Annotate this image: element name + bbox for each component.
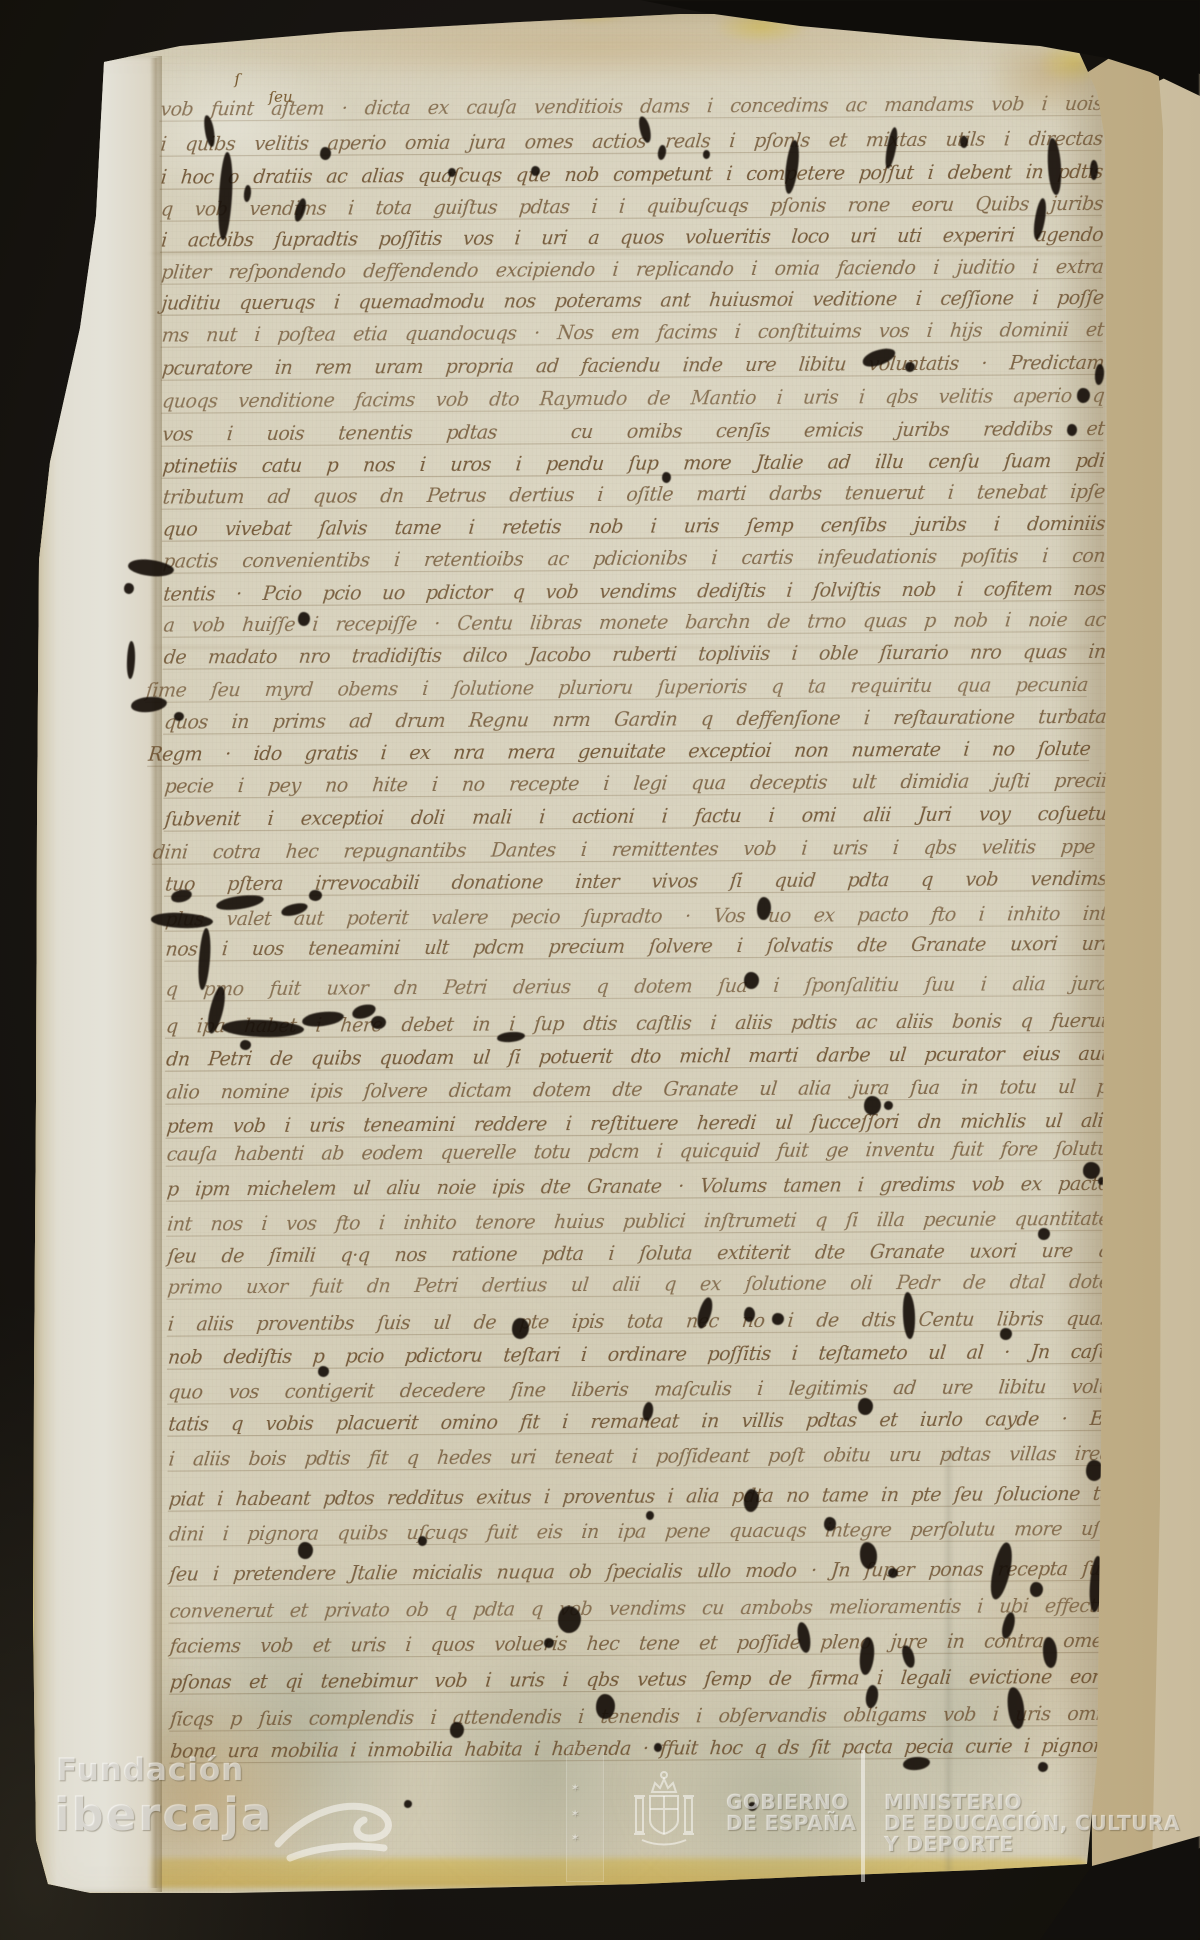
manuscript-line: tributum ad quos dn Petrus dertius i oſi…	[161, 479, 1106, 515]
manuscript-line: i quibs velitis aperio omia jura omes ac…	[159, 126, 1104, 162]
manuscript-line: faciems vob et uris i quos volueris hec …	[168, 1628, 1113, 1664]
manuscript-line: quo vivebat ſalvis tame i retetis nob i …	[161, 511, 1106, 547]
manuscript-line: ms nut i poſtea etia quandocuqs · Nos em…	[160, 317, 1105, 353]
interlinear-word: ſeu	[269, 88, 293, 106]
manuscript-line: nob dediſtis p pcio pdictoru teſtari i o…	[166, 1339, 1111, 1375]
manuscript-line: juditiu queruqs i quemadmodu nos poteram…	[160, 285, 1105, 321]
manuscript-line: de madato nro tradidiſtis dilco Jacobo r…	[162, 639, 1107, 675]
manuscript-line: q vob vendims i tota guiſtus pdtas i i q…	[159, 191, 1104, 227]
manuscript-line: ptinetiis catu p nos i uros i pendu ſup …	[161, 448, 1106, 484]
manuscript-line: piat i habeant pdtos redditus exitus i p…	[167, 1481, 1112, 1517]
manuscript-line: quos in prims ad drum Regnu nrm Gardin q…	[163, 704, 1108, 740]
manuscript-line: i actoibs ſupradtis poſſitis vos i uri a…	[160, 222, 1105, 258]
manuscript-photo: vob fuint aſtem · dicta ex cauſa venditi…	[0, 0, 1200, 1940]
manuscript-line: pliter reſpondendo deffendendo excipiend…	[160, 254, 1105, 290]
manuscript-line: quo vos contigerit decedere ſine liberis…	[167, 1374, 1112, 1410]
manuscript-line: quoqs venditione facims vob dto Raymudo …	[161, 383, 1106, 419]
manuscript-line: int nos i vos fto i inhito tenore huius …	[166, 1206, 1111, 1242]
manuscript-line: ſeu i pretendere Jtalie micialis nuqua o…	[168, 1556, 1113, 1592]
manuscript-line: dini i pignora quibs uſcuqs fuit eis in …	[167, 1516, 1112, 1552]
manuscript-line: dini cotra hec repugnantibs Dantes i rem…	[151, 834, 1096, 870]
manuscript-line: Regm · ido gratis i ex nra mera genuitat…	[147, 736, 1092, 772]
manuscript-line: nos i uos teneamini ult pdcm precium ſol…	[164, 931, 1109, 967]
manuscript-line: pſonas et qi tenebimur vob i uris i qbs …	[168, 1664, 1113, 1700]
manuscript-text: vob fuint aſtem · dicta ex cauſa venditi…	[0, 0, 1200, 1940]
manuscript-line: tuo pſtera irrevocabili donatione inter …	[163, 866, 1108, 902]
manuscript-line: p ipm michelem ul aliu noie ipis dte Gra…	[165, 1171, 1110, 1207]
manuscript-line: pcuratore in rem uram propria ad faciend…	[160, 350, 1105, 386]
manuscript-line: q ipa habet i here debet in i ſup dtis c…	[164, 1008, 1109, 1044]
manuscript-line: cauſa habenti ab eodem querelle totu pdc…	[165, 1136, 1110, 1172]
manuscript-line: pactis convenientibs i retentioibs ac pd…	[162, 543, 1107, 579]
stain	[226, 0, 288, 20]
manuscript-line: ſubvenit i exceptioi doli mali i actioni…	[163, 801, 1108, 837]
manuscript-page: vob fuint aſtem · dicta ex cauſa venditi…	[0, 0, 1200, 1940]
manuscript-line: tatis q vobis placuerit omino fit i rema…	[167, 1406, 1112, 1442]
manuscript-line: vob fuint aſtem · dicta ex cauſa venditi…	[159, 91, 1104, 127]
manuscript-line: primo uxor fuit dn Petri dertius ul alii…	[166, 1269, 1111, 1305]
manuscript-line: alio nomine ipis ſolvere dictam dotem dt…	[165, 1074, 1110, 1110]
manuscript-line: i aliis bois pdtis fit q hedes uri tenea…	[167, 1441, 1112, 1477]
manuscript-line: ſicqs p ſuis complendis i attendendis i …	[169, 1701, 1114, 1737]
manuscript-line: convenerut et privato ob q pdta q vob ve…	[168, 1593, 1113, 1629]
manuscript-line: i hoc o dratiis ac alias quaſcuqs que no…	[159, 159, 1104, 195]
interlinear-word: ſ	[234, 70, 240, 88]
manuscript-line: pecie i pey no hite i no recepte i legi …	[163, 768, 1108, 804]
manuscript-line: tentis · Pcio pcio uo pdictor q vob vend…	[162, 576, 1107, 612]
manuscript-line: i aliis proventibs ſuis ul de pte ipis t…	[166, 1306, 1111, 1342]
manuscript-line: bona ura mobilia i inmobilia habita i ha…	[169, 1733, 1114, 1769]
manuscript-line: vos i uois tenentis pdtas cu omibs cenſi…	[161, 416, 1106, 452]
manuscript-line: q pmo fuit uxor dn Petri derius q dotem …	[164, 971, 1109, 1007]
manuscript-line: ſime ſeu myrd obems i ſolutione plurioru…	[144, 672, 1089, 708]
manuscript-line: a vob huiſſe i recepiſſe · Centu libras …	[162, 607, 1107, 643]
manuscript-line: ſeu de ſimili q·q nos ratione pdta i ſol…	[166, 1238, 1111, 1274]
manuscript-line: dn Petri de quibs quodam ul ſi potuerit …	[165, 1041, 1110, 1077]
